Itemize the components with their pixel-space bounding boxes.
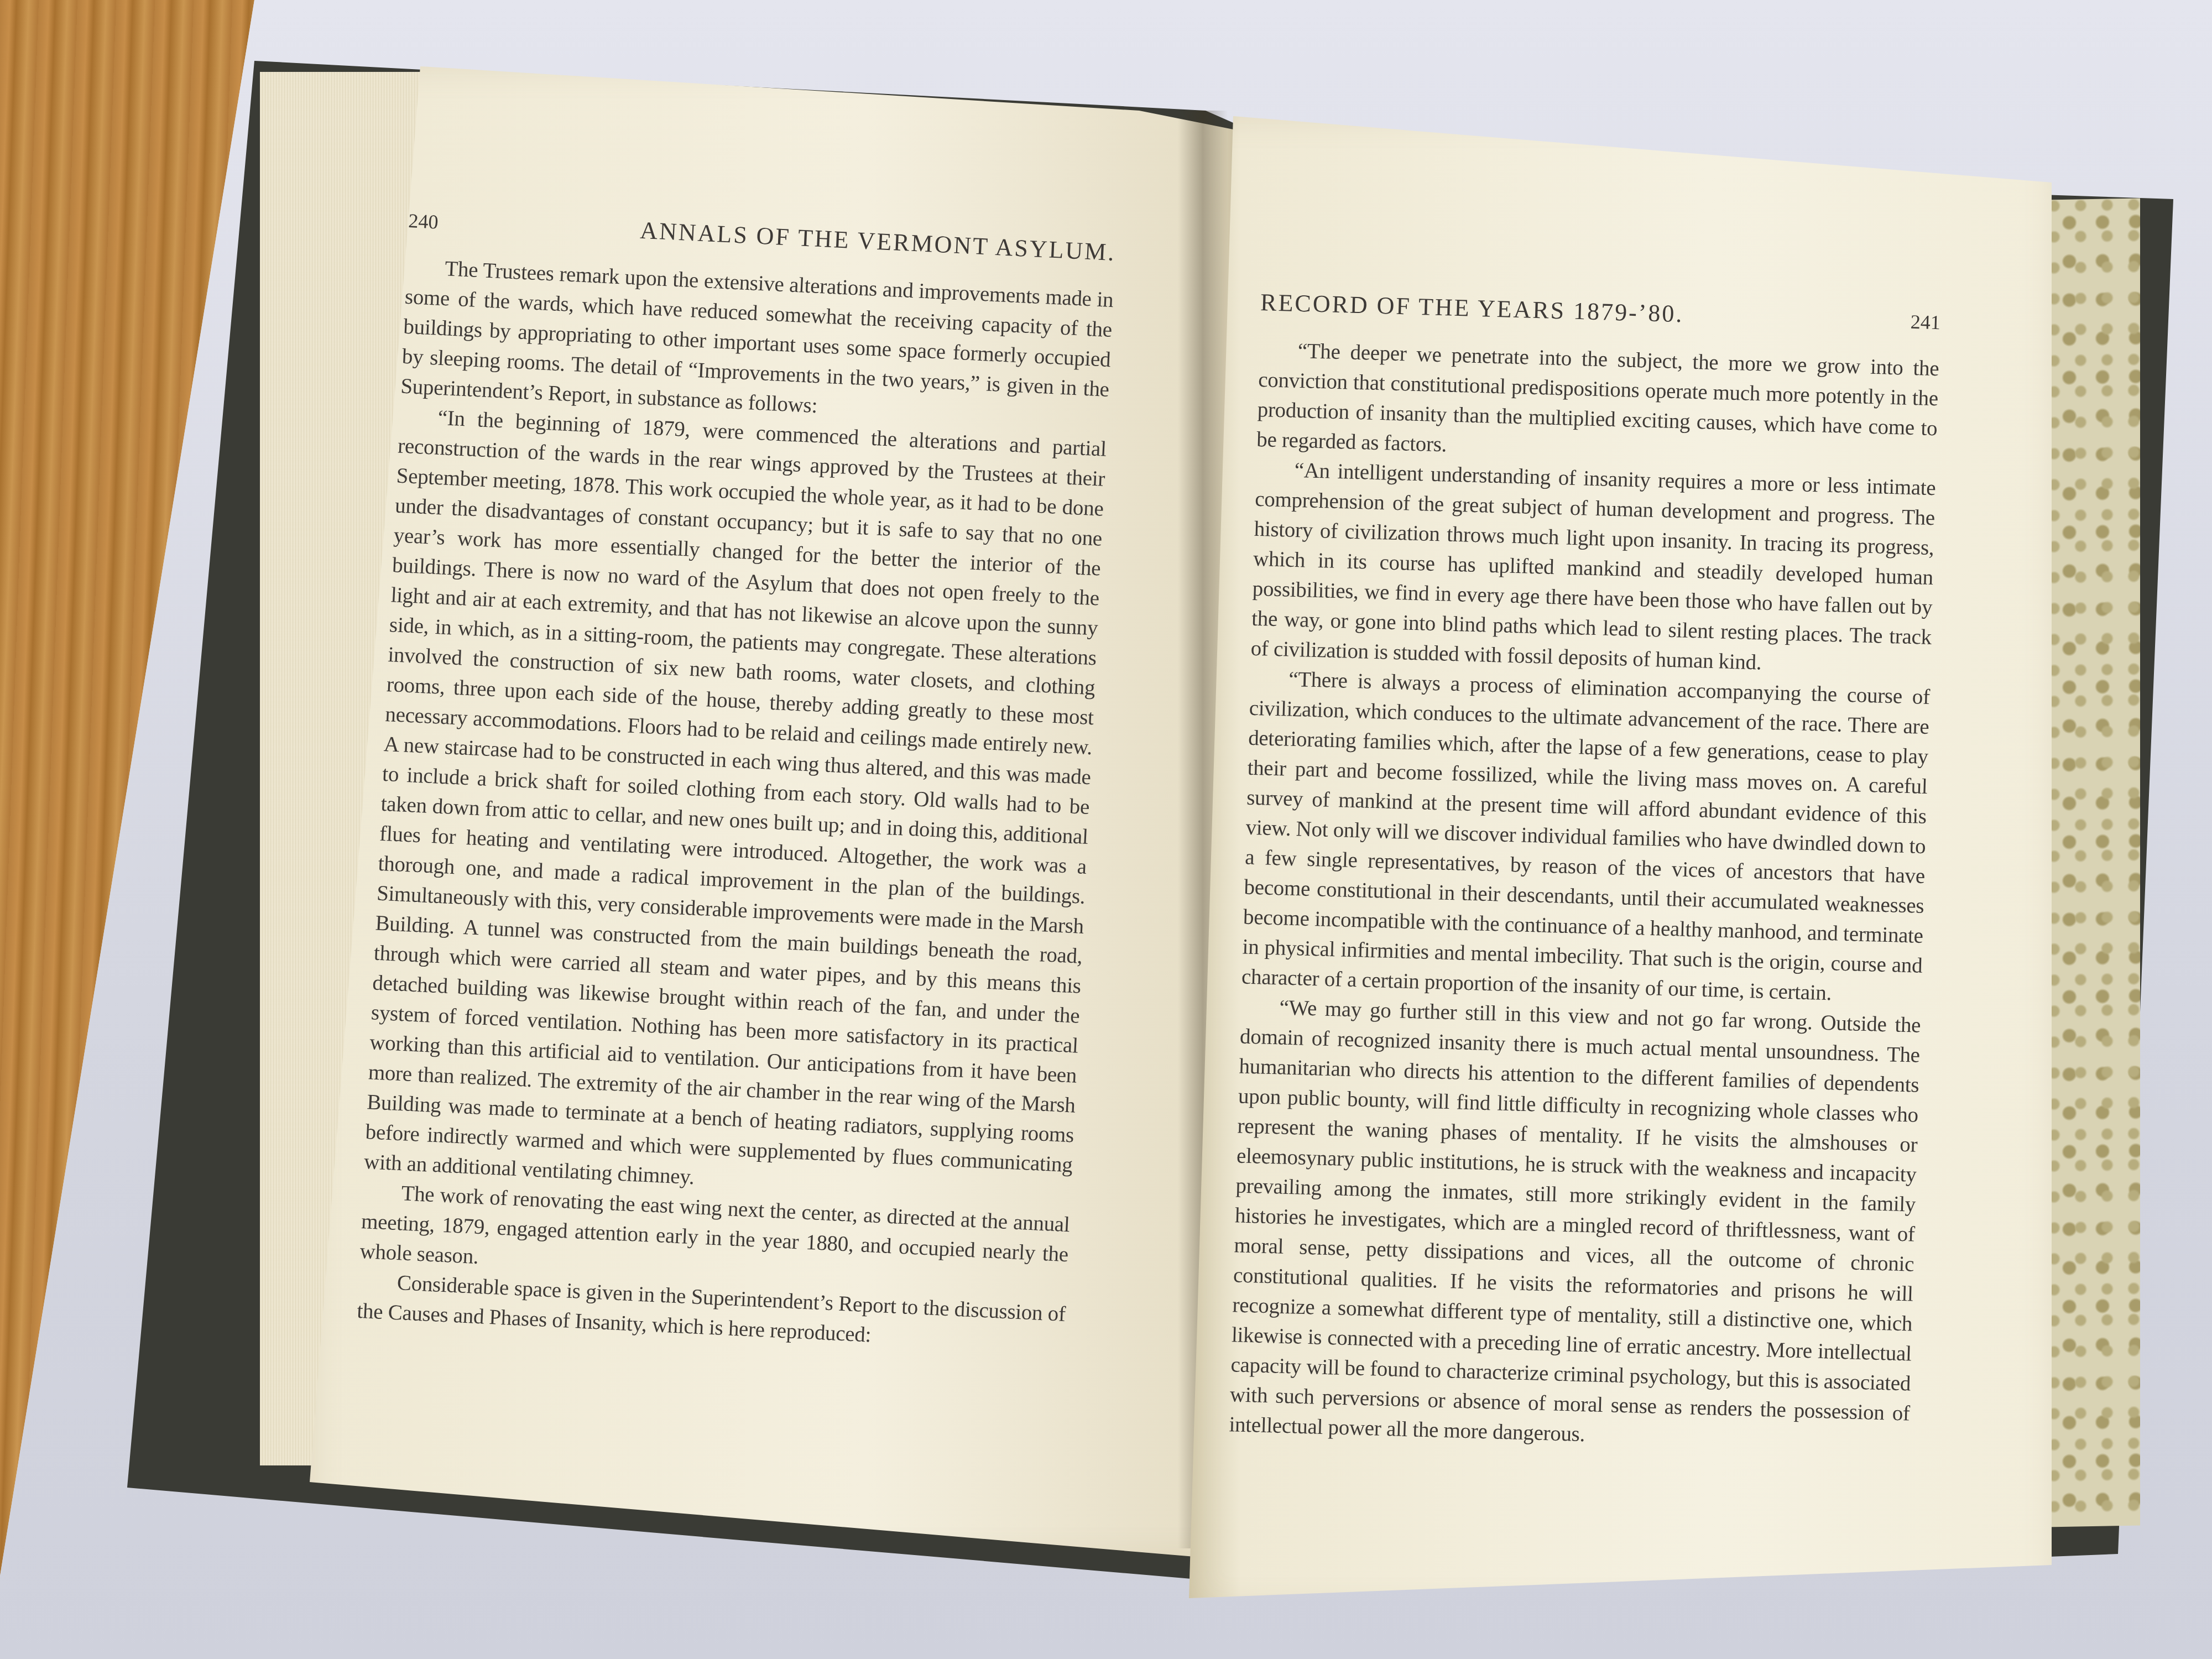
left-page: 240 ANNALS OF THE VERMONT ASYLUM. The Tr… <box>310 66 1239 1559</box>
paragraph: “In the beginning of 1879, were commence… <box>363 401 1107 1211</box>
paragraph: “An intelligent understanding of insanit… <box>1250 455 1936 682</box>
paragraph: “The deeper we penetrate into the subjec… <box>1256 335 1940 473</box>
decorative-endpaper <box>2046 199 2140 1527</box>
right-page-text: RECORD OF THE YEARS 1879-’80. 241 “The d… <box>1229 288 1941 1459</box>
paragraph: “We may go further still in this view an… <box>1229 992 1921 1459</box>
running-head-title: ANNALS OF THE VERMONT ASYLUM. <box>639 216 1116 268</box>
right-running-head: RECORD OF THE YEARS 1879-’80. 241 <box>1260 288 1940 337</box>
running-head-title: RECORD OF THE YEARS 1879-’80. <box>1260 288 1684 329</box>
right-page: RECORD OF THE YEARS 1879-’80. 241 “The d… <box>1189 116 2057 1609</box>
left-page-text: 240 ANNALS OF THE VERMONT ASYLUM. The Tr… <box>356 205 1116 1359</box>
paragraph: “There is always a process of eliminatio… <box>1241 664 1930 1011</box>
page-number: 240 <box>408 206 439 237</box>
page-number: 241 <box>1910 307 1940 337</box>
